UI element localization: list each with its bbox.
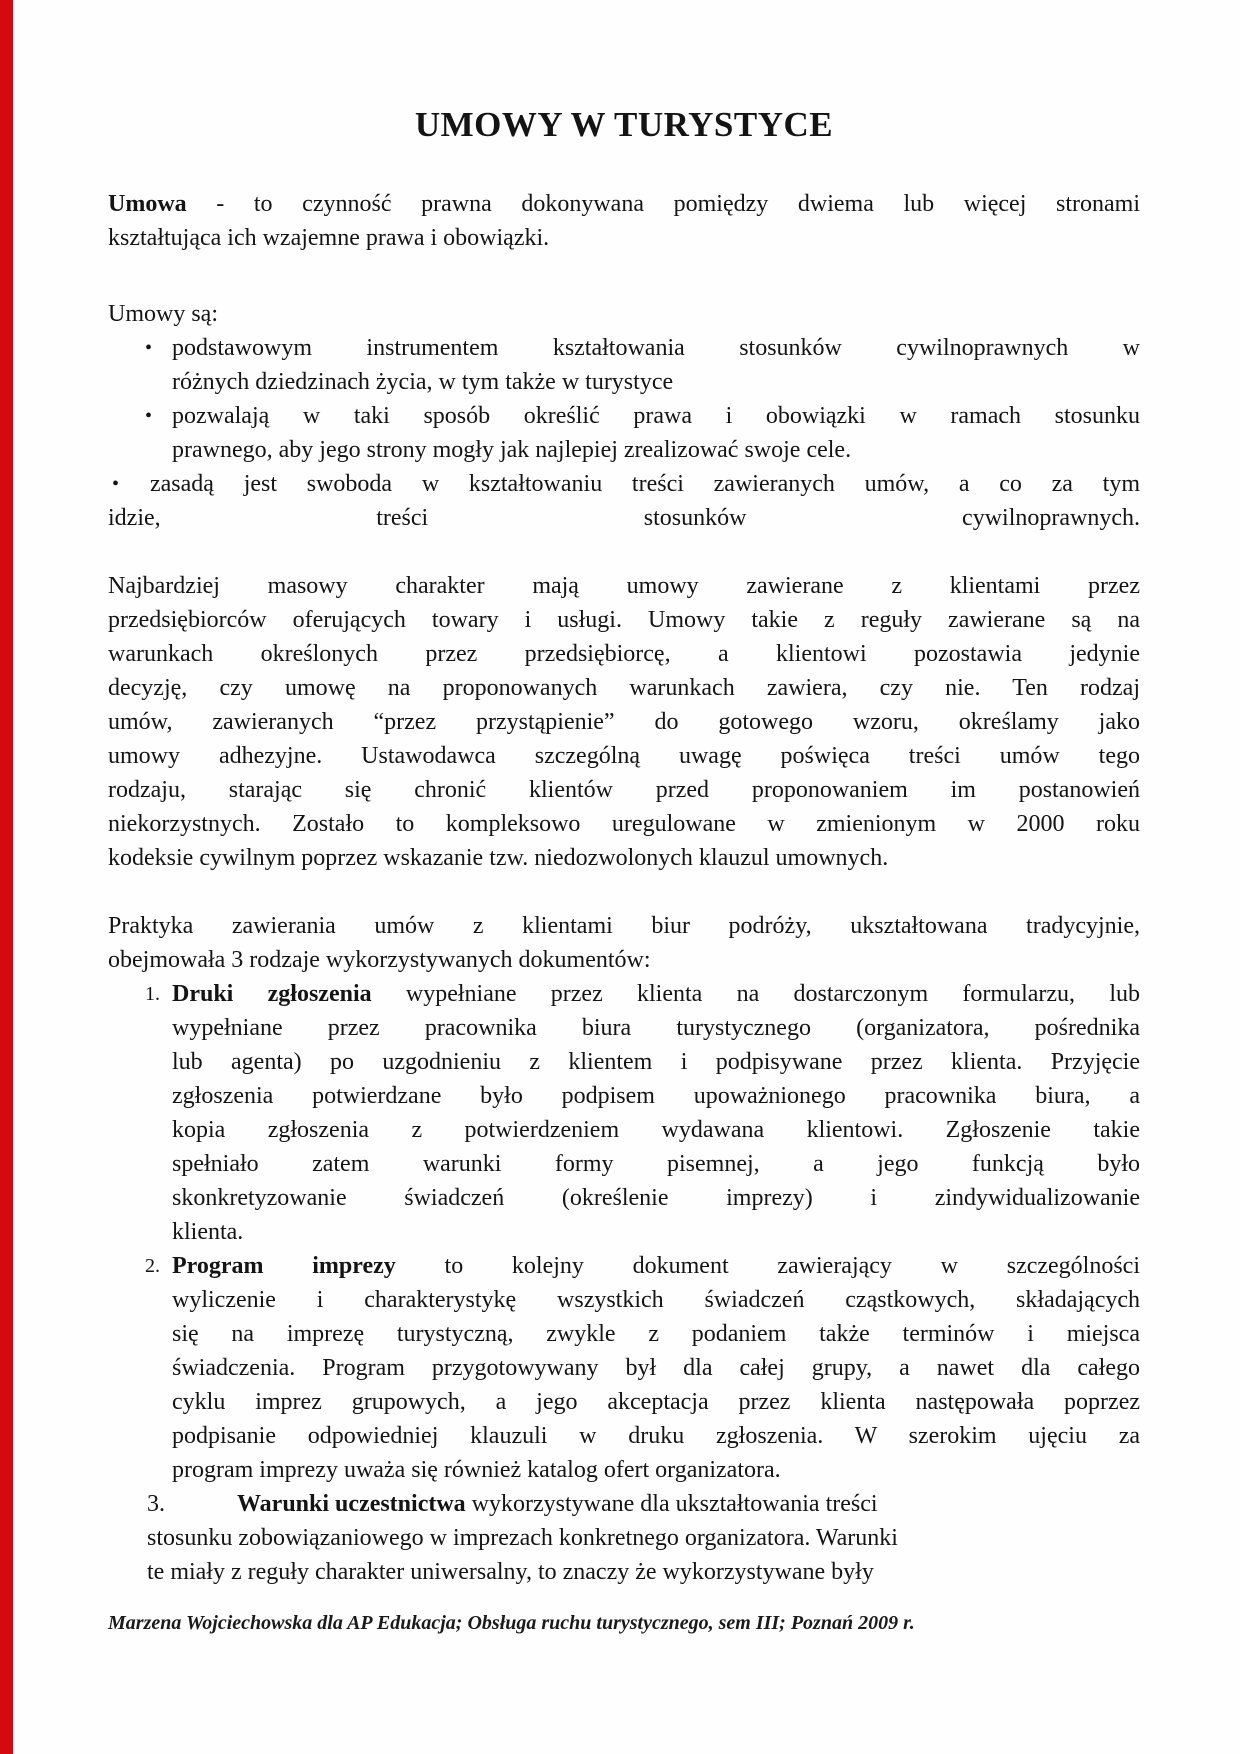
list-item-1-lead-text: wypełniane przez klienta na dostarczonym… xyxy=(372,981,1140,1007)
left-edge-strip xyxy=(0,0,13,1754)
list-item-2: 2. Program imprezy to kolejny dokument z… xyxy=(108,1249,1140,1487)
bullet-item-2: • pozwalają w taki sposób określić prawa… xyxy=(108,399,1140,467)
list-item-1-body: Druki zgłoszenia wypełniane przez klient… xyxy=(172,977,1140,1249)
definition-line-1: Umowa - to czynność prawna dokonywana po… xyxy=(108,187,1140,221)
list-item-3: 3.Warunki uczestnictwa wykorzystywane dl… xyxy=(147,1487,1140,1589)
bullet-item-2-text: pozwalają w taki sposób określić prawa i… xyxy=(172,399,1140,467)
list-item-2-lead-text: to kolejny dokument zawierający w szczeg… xyxy=(396,1253,1140,1279)
list-item-2-body: Program imprezy to kolejny dokument zawi… xyxy=(172,1249,1140,1487)
spacer xyxy=(108,255,1140,297)
list-item-3-line-3: te miały z reguły charakter uniwersalny,… xyxy=(147,1555,1140,1589)
bullet-item-1: • podstawowym instrumentem kształtowania… xyxy=(108,331,1140,399)
bullet-item-3-line-2: idzie, treści stosunków cywilnoprawnych. xyxy=(108,501,1140,535)
list-item-1: 1. Druki zgłoszenia wypełniane przez kli… xyxy=(108,977,1140,1249)
adhesion-paragraph: Najbardziej masowy charakter mają umowy … xyxy=(108,569,1140,875)
list-item-1-number: 1. xyxy=(145,977,160,1011)
list-item-3-line-2: stosunku zobowiązaniowego w imprezach ko… xyxy=(147,1521,1140,1555)
bullet-icon: • xyxy=(112,467,119,501)
list-item-2-line-1: Program imprezy to kolejny dokument zawi… xyxy=(172,1249,1140,1283)
spacer xyxy=(108,875,1140,909)
list-item-3-lead-text: wykorzystywane dla ukształtowania treści xyxy=(466,1491,878,1517)
list-item-2-lines: wyliczenie i charakterystykę wszystkich … xyxy=(172,1283,1140,1487)
bullet-icon: • xyxy=(145,399,152,433)
umowy-sa-heading: Umowy są: xyxy=(108,297,1140,331)
document-page: UMOWY W TURYSTYCE Umowa - to czynność pr… xyxy=(0,0,1240,1754)
page-title: UMOWY W TURYSTYCE xyxy=(108,103,1140,147)
list-item-2-term: Program imprezy xyxy=(172,1253,396,1279)
definition-term: Umowa xyxy=(108,191,187,217)
list-item-1-lines: wypełniane przez pracownika biura turyst… xyxy=(172,1011,1140,1249)
bullet-item-3-line-1: zasadą jest swoboda w kształtowaniu treś… xyxy=(150,467,1140,501)
list-item-1-term: Druki zgłoszenia xyxy=(172,981,372,1007)
bullet-item-1-text: podstawowym instrumentem kształtowania s… xyxy=(172,331,1140,399)
definition-line-1-text: - to czynność prawna dokonywana pomiędzy… xyxy=(187,191,1140,217)
list-item-3-term: Warunki uczestnictwa xyxy=(237,1491,466,1517)
definition-paragraph: Umowa - to czynność prawna dokonywana po… xyxy=(108,187,1140,255)
spacer xyxy=(108,535,1140,569)
list-item-1-line-1: Druki zgłoszenia wypełniane przez klient… xyxy=(172,977,1140,1011)
footer-credit: Marzena Wojciechowska dla AP Edukacja; O… xyxy=(108,1612,915,1635)
praktyka-paragraph: Praktyka zawierania umów z klientami biu… xyxy=(108,909,1140,977)
list-item-3-line-1: 3.Warunki uczestnictwa wykorzystywane dl… xyxy=(147,1487,1140,1521)
list-item-3-number: 3. xyxy=(147,1487,237,1521)
page-content: UMOWY W TURYSTYCE Umowa - to czynność pr… xyxy=(108,103,1140,1589)
definition-line-2: kształtująca ich wzajemne prawa i obowią… xyxy=(108,221,1140,255)
list-item-2-number: 2. xyxy=(145,1249,160,1283)
bullet-item-3: • zasadą jest swoboda w kształtowaniu tr… xyxy=(108,467,1140,535)
bullet-icon: • xyxy=(145,331,152,365)
